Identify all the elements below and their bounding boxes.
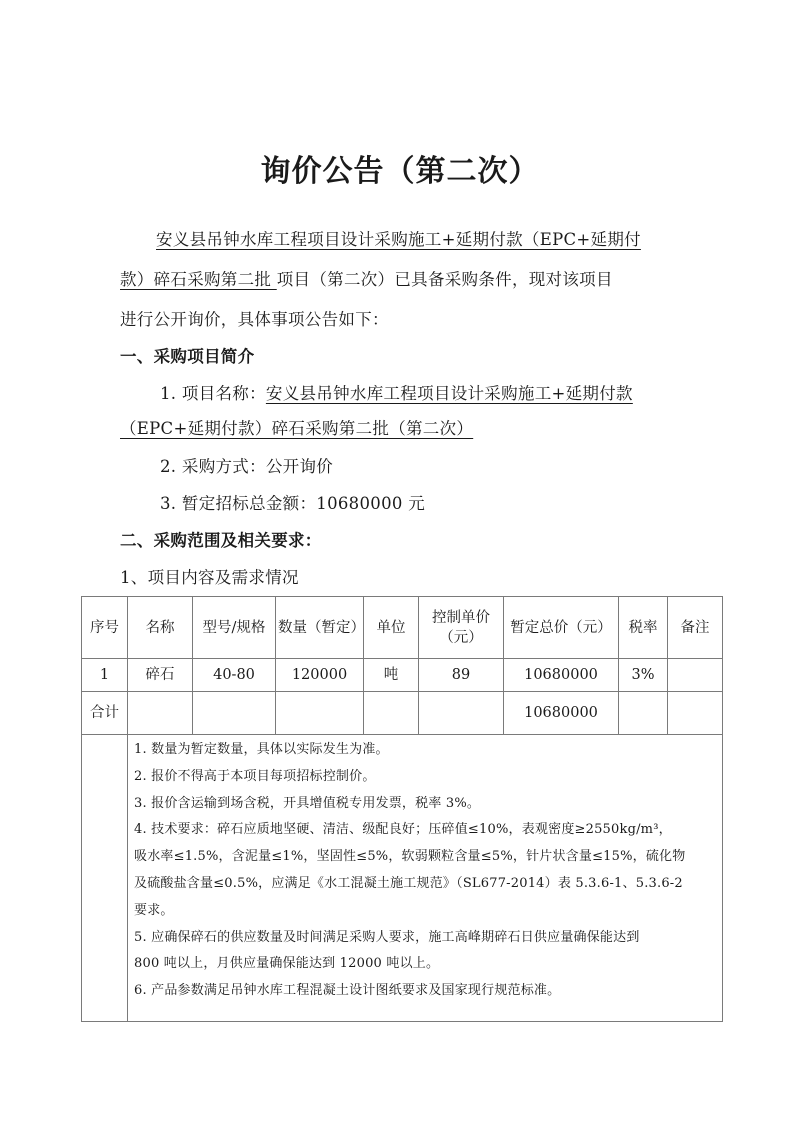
- total-cell-remarks: [668, 692, 723, 735]
- document-title: 询价公告（第二次）: [0, 146, 800, 190]
- items-table: 序号 名称 型号/规格 数量（暂定） 单位 控制单价（元） 暂定总价（元） 税率…: [81, 596, 723, 1022]
- item1-project-name-cont: （EPC+延期付款）碎石采购第二批（第二次）: [120, 415, 473, 439]
- notes-label-cell: [82, 735, 128, 1022]
- item2-procurement-method: 2. 采购方式：公开询价: [160, 453, 333, 477]
- cell-tax-rate: 3%: [619, 659, 668, 692]
- cell-quantity: 120000: [276, 659, 364, 692]
- project-name-underlined: 安义县吊钟水库工程项目设计采购施工+延期付款（EPC+延期付: [156, 230, 641, 249]
- cell-remarks: [668, 659, 723, 692]
- intro-line-1: 安义县吊钟水库工程项目设计采购施工+延期付款（EPC+延期付: [156, 226, 641, 250]
- table-row: 1 碎石 40-80 120000 吨 89 10680000 3%: [82, 659, 723, 692]
- note-line: 4. 技术要求：碎石应质地坚硬、清洁、级配良好；压碎值≤10%，表观密度≥255…: [134, 817, 716, 844]
- notes-cell: 1. 数量为暂定数量，具体以实际发生为准。 2. 报价不得高于本项目每项招标控制…: [128, 735, 723, 1022]
- item1-label: 1. 项目名称：: [160, 384, 266, 403]
- intro-line-3: 进行公开询价，具体事项公告如下：: [120, 306, 389, 330]
- project-name-underlined-cont: 款）碎石采购第二批: [120, 270, 277, 289]
- table-header-row: 序号 名称 型号/规格 数量（暂定） 单位 控制单价（元） 暂定总价（元） 税率…: [82, 597, 723, 659]
- cell-spec: 40-80: [193, 659, 276, 692]
- header-cell-name: 名称: [128, 597, 193, 659]
- item1-value: 安义县吊钟水库工程项目设计采购施工+延期付款: [266, 384, 633, 403]
- note-line: 及硫酸盐含量≤0.5%，应满足《水工混凝土施工规范》（SL677-2014）表 …: [134, 871, 716, 898]
- intro-line-2-text: 项目（第二次）已具备采购条件，现对该项目: [277, 270, 613, 289]
- total-cell-spec: [193, 692, 276, 735]
- header-cell-index: 序号: [82, 597, 128, 659]
- header-cell-unit: 单位: [364, 597, 419, 659]
- cell-unit-price: 89: [419, 659, 504, 692]
- total-cell-unit-price: [419, 692, 504, 735]
- header-cell-unit-price: 控制单价（元）: [419, 597, 504, 659]
- total-cell-name: [128, 692, 193, 735]
- header-cell-remarks: 备注: [668, 597, 723, 659]
- total-cell-unit: [364, 692, 419, 735]
- section2-subheading: 1、项目内容及需求情况: [120, 564, 299, 588]
- note-line: 吸水率≤1.5%，含泥量≤1%，坚固性≤5%，软弱颗粒含量≤5%，针片状含量≤1…: [134, 844, 716, 871]
- note-line: 5. 应确保碎石的供应数量及时间满足采购人要求，施工高峰期碎石日供应量确保能达到: [134, 925, 716, 952]
- note-line: 1. 数量为暂定数量，具体以实际发生为准。: [134, 737, 716, 764]
- header-cell-total-price: 暂定总价（元）: [504, 597, 619, 659]
- cell-index: 1: [82, 659, 128, 692]
- note-line: 3. 报价含运输到场含税，开具增值税专用发票，税率 3%。: [134, 791, 716, 818]
- item1-value-cont: （EPC+延期付款）碎石采购第二批（第二次）: [120, 419, 473, 438]
- note-line: 6. 产品参数满足吊钟水库工程混凝土设计图纸要求及国家现行规范标准。: [134, 978, 716, 1005]
- total-label: 合计: [82, 692, 128, 735]
- table-total-row: 合计 10680000: [82, 692, 723, 735]
- header-cell-quantity: 数量（暂定）: [276, 597, 364, 659]
- note-line: 800 吨以上，月供应量确保能达到 12000 吨以上。: [134, 951, 716, 978]
- note-line: 2. 报价不得高于本项目每项招标控制价。: [134, 764, 716, 791]
- cell-total-price: 10680000: [504, 659, 619, 692]
- item1-project-name: 1. 项目名称：安义县吊钟水库工程项目设计采购施工+延期付款: [160, 380, 633, 404]
- item3-total-amount: 3. 暂定招标总金额：10680000 元: [160, 490, 425, 514]
- header-cell-spec: 型号/规格: [193, 597, 276, 659]
- cell-unit: 吨: [364, 659, 419, 692]
- table-notes-row: 1. 数量为暂定数量，具体以实际发生为准。 2. 报价不得高于本项目每项招标控制…: [82, 735, 723, 1022]
- header-cell-tax-rate: 税率: [619, 597, 668, 659]
- section1-heading: 一、采购项目简介: [120, 343, 254, 367]
- note-line: 要求。: [134, 898, 716, 925]
- total-cell-total-price: 10680000: [504, 692, 619, 735]
- section2-heading: 二、采购范围及相关要求：: [120, 527, 322, 551]
- intro-line-2: 款）碎石采购第二批 项目（第二次）已具备采购条件，现对该项目: [120, 266, 613, 290]
- cell-name: 碎石: [128, 659, 193, 692]
- total-cell-tax-rate: [619, 692, 668, 735]
- total-cell-quantity: [276, 692, 364, 735]
